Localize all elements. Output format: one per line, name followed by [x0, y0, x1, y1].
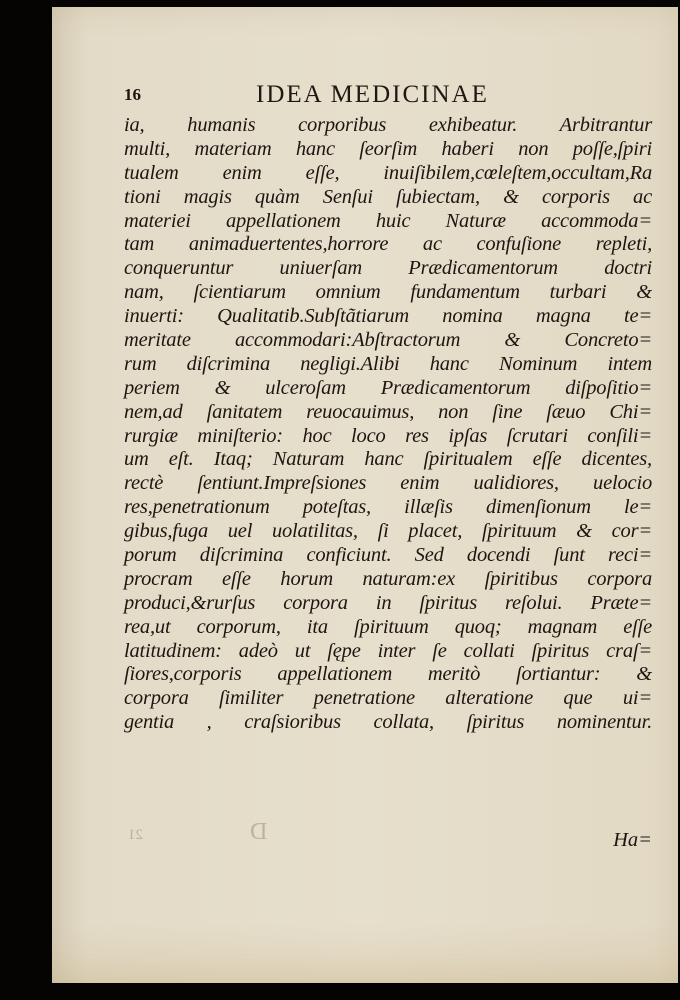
text-line: procram eſſe horum naturam:ex ſpiritibus… [124, 568, 652, 592]
text-line: gibus,fuga uel uolatilitas, ſi placet, ſ… [124, 520, 652, 544]
text-line: porum diſcrimina conficiunt. Sed docendi… [124, 544, 652, 568]
text-line: tualem enim eſſe, inuiſibilem,cœleſtem,o… [124, 162, 652, 186]
text-line: nem,ad ſanitatem reuocauimus, non ſine ſ… [124, 401, 652, 425]
text-line: conqueruntur uniuerſam Prædicamentorum d… [124, 257, 652, 281]
text-line: latitudinem: adeò ut ſępe inter ſe colla… [124, 640, 652, 664]
showthrough-mark: D [250, 819, 267, 846]
text-line: ia, humanis corporibus exhibeatur. Arbit… [124, 114, 652, 138]
running-title: IDEA MEDICINAE [256, 81, 489, 109]
catchword: Ha= [613, 829, 652, 852]
text-line: rectè ſentiunt.Impreſsiones enim ualidio… [124, 472, 652, 496]
text-line: produci,&rurſus corpora in ſpiritus reſo… [124, 592, 652, 616]
text-line: meritate accommodari:Abſtractorum & Conc… [124, 329, 652, 353]
body-text: ia, humanis corporibus exhibeatur. Arbit… [124, 114, 652, 735]
page-number: 16 [124, 85, 141, 105]
text-line: tioni magis quàm Senſui ſubiectam, & cor… [124, 186, 652, 210]
text-line: periem & ulceroſam Prædicamentorum diſpo… [124, 377, 652, 401]
text-line: nam, ſcientiarum omnium fundamentum turb… [124, 281, 652, 305]
text-line: inuerti: Qualitatib.Subſtãtiarum nomina … [124, 305, 652, 329]
showthrough-mark: 21 [128, 827, 143, 844]
text-line: multi, materiam hanc ſeorſim haberi non … [124, 138, 652, 162]
text-line: rum diſcrimina negligi.Alibi hanc Nominu… [124, 353, 652, 377]
text-line: corpora ſimiliter penetratione alteratio… [124, 687, 652, 711]
text-line: gentia , craſsioribus collata, ſpiritus … [124, 711, 652, 735]
page-header: 16 IDEA MEDICINAE [124, 81, 624, 111]
text-line: materiei appellationem huic Naturæ accom… [124, 210, 652, 234]
text-line: ſiores,corporis appellationem meritò ſor… [124, 663, 652, 687]
text-line: um eſt. Itaq; Naturam hanc ſpiritualem e… [124, 448, 652, 472]
book-page: 16 IDEA MEDICINAE ia, humanis corporibus… [52, 7, 678, 983]
text-line: rurgiæ miniſterio: hoc loco res ipſas ſc… [124, 425, 652, 449]
text-line: tam animaduertentes,horrore ac confuſion… [124, 233, 652, 257]
text-line: res,penetrationum poteſtas, illæſis dime… [124, 496, 652, 520]
text-line: rea,ut corporum, ita ſpirituum quoq; mag… [124, 616, 652, 640]
